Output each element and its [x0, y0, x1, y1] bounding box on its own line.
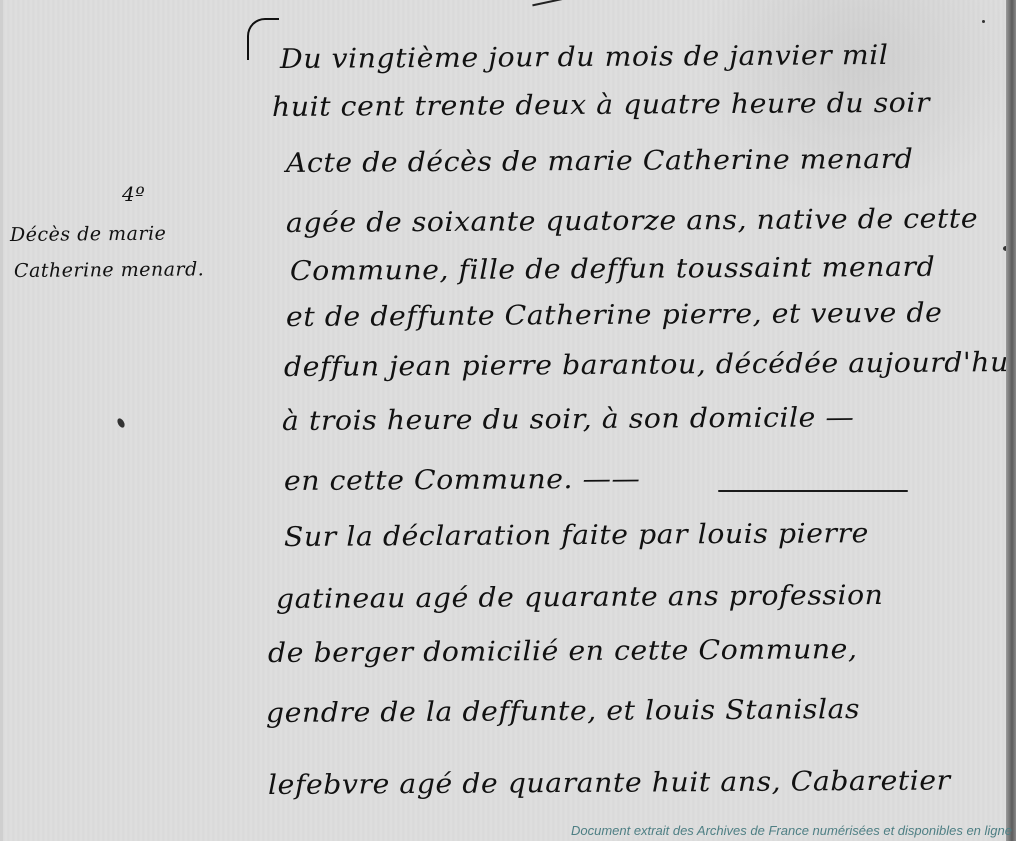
archive-watermark: Document extrait des Archives de France …	[571, 823, 1012, 838]
scanned-register-page: 4º Décès de marie Catherine menard. Du v…	[0, 0, 1006, 841]
page-left-edge	[0, 0, 3, 841]
ink-speck	[982, 20, 985, 23]
record-line-14: lefebvre agé de quarante huit ans, Cabar…	[268, 765, 951, 801]
record-line-11: gatineau agé de quarante ans profession	[276, 580, 884, 615]
page-right-edge-shadow	[1006, 0, 1016, 841]
opening-bracket-flourish	[247, 18, 279, 60]
record-line-4: agée de soixante quatorze ans, native de…	[286, 203, 978, 239]
record-line-5: Commune, fille de deffun toussaint menar…	[290, 252, 935, 287]
record-line-10: Sur la déclaration faite par louis pierr…	[284, 518, 869, 553]
ink-speck	[116, 417, 126, 429]
ink-stroke-top	[532, 0, 573, 6]
record-line-2: huit cent trente deux à quatre heure du …	[272, 88, 930, 123]
record-line-13: gendre de la deffunte, et louis Stanisla…	[266, 694, 860, 729]
margin-note-line-1: Décès de marie	[10, 223, 167, 246]
record-line-12: de berger domicilié en cette Commune,	[268, 634, 858, 669]
record-line-8: à trois heure du soir, à son domicile —	[282, 402, 855, 437]
margin-entry-number: 4º	[122, 182, 145, 206]
margin-note-line-2: Catherine menard.	[14, 258, 204, 282]
record-line-3: Acte de décès de marie Catherine menard	[286, 144, 914, 179]
record-line-7: deffun jean pierre barantou, décédée auj…	[284, 347, 1016, 383]
record-line-6: et de deffunte Catherine pierre, et veuv…	[286, 298, 943, 333]
record-line-1: Du vingtième jour du mois de janvier mil	[280, 40, 889, 75]
line-filler-dash	[718, 490, 908, 492]
record-line-9: en cette Commune. ——	[284, 464, 641, 497]
